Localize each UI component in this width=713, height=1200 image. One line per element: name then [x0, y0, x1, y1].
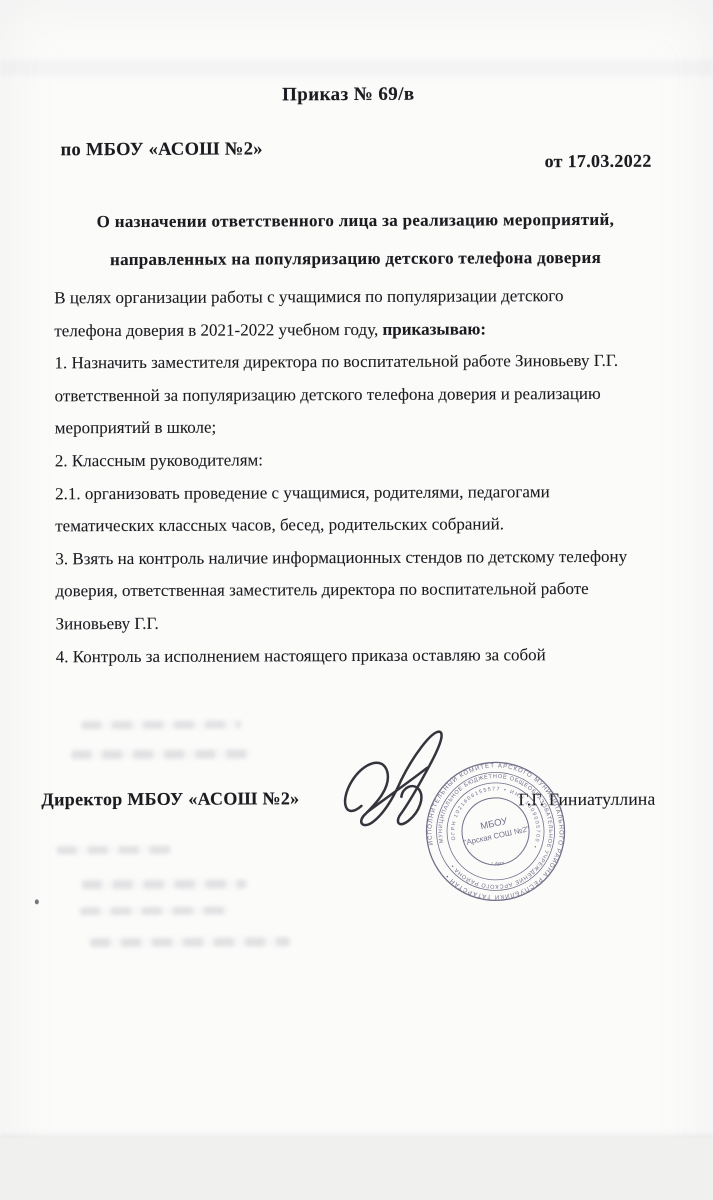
scanned-document-page: Приказ № 69/в по МБОУ «АСОШ №2» от 17.03…: [0, 0, 713, 1200]
bleed-through-text: [80, 907, 230, 916]
body-line-text: телефона доверия в 2021-2022 учебном год…: [54, 319, 382, 339]
bleed-through-text: [90, 937, 290, 947]
document-title: Приказ № 69/в: [0, 83, 698, 108]
subject-line-1: О назначении ответственного лица за реал…: [49, 201, 662, 241]
ink-speck: [35, 899, 39, 904]
document-content: Приказ № 69/в по МБОУ «АСОШ №2» от 17.03…: [0, 0, 713, 1200]
body-line: 2.1. организовать проведение с учащимися…: [55, 475, 675, 510]
body-line: ответственной за популяризацию детского …: [55, 377, 675, 412]
round-official-stamp: ИСПОЛНИТЕЛЬНЫЙ КОМИТЕТ АРСКОГО МУНИЦИПАЛ…: [420, 756, 571, 907]
organization-line: по МБОУ «АСОШ №2»: [61, 139, 263, 161]
body-line: мероприятий в школе;: [55, 410, 675, 445]
stamp-center-small-text: г. Арск: [490, 858, 506, 868]
body-line: 2. Классным руководителям:: [55, 443, 675, 478]
signature-position-label: Директор МБОУ «АСОШ №2»: [41, 788, 299, 810]
body-line-bold-text: приказываю:: [382, 319, 486, 338]
body-line: тематических классных часов, бесед, роди…: [55, 508, 675, 543]
bleed-through-text: [82, 879, 247, 889]
body-line: телефона доверия в 2021-2022 учебном год…: [54, 312, 674, 347]
bleed-through-text: [71, 749, 251, 759]
body-line: Зиновьеву Г.Г.: [56, 606, 676, 641]
document-body: В целях организации работы с учащимися п…: [54, 280, 676, 674]
body-line: 1. Назначить заместителя директора по во…: [54, 345, 674, 380]
bleed-through-text: [81, 721, 241, 730]
body-line: В целях организации работы с учащимися п…: [54, 280, 674, 315]
body-line: 3. Взять на контроль наличие информацион…: [55, 540, 675, 575]
document-date: от 17.03.2022: [545, 151, 652, 172]
bleed-through-text: [57, 846, 172, 855]
subject-line-2: направленных на популяризацию детского т…: [49, 238, 662, 278]
body-line: 4. Контроль за исполнением настоящего пр…: [56, 638, 676, 673]
document-subject: О назначении ответственного лица за реал…: [49, 201, 662, 279]
body-line: доверия, ответственная заместитель дирек…: [55, 573, 675, 608]
